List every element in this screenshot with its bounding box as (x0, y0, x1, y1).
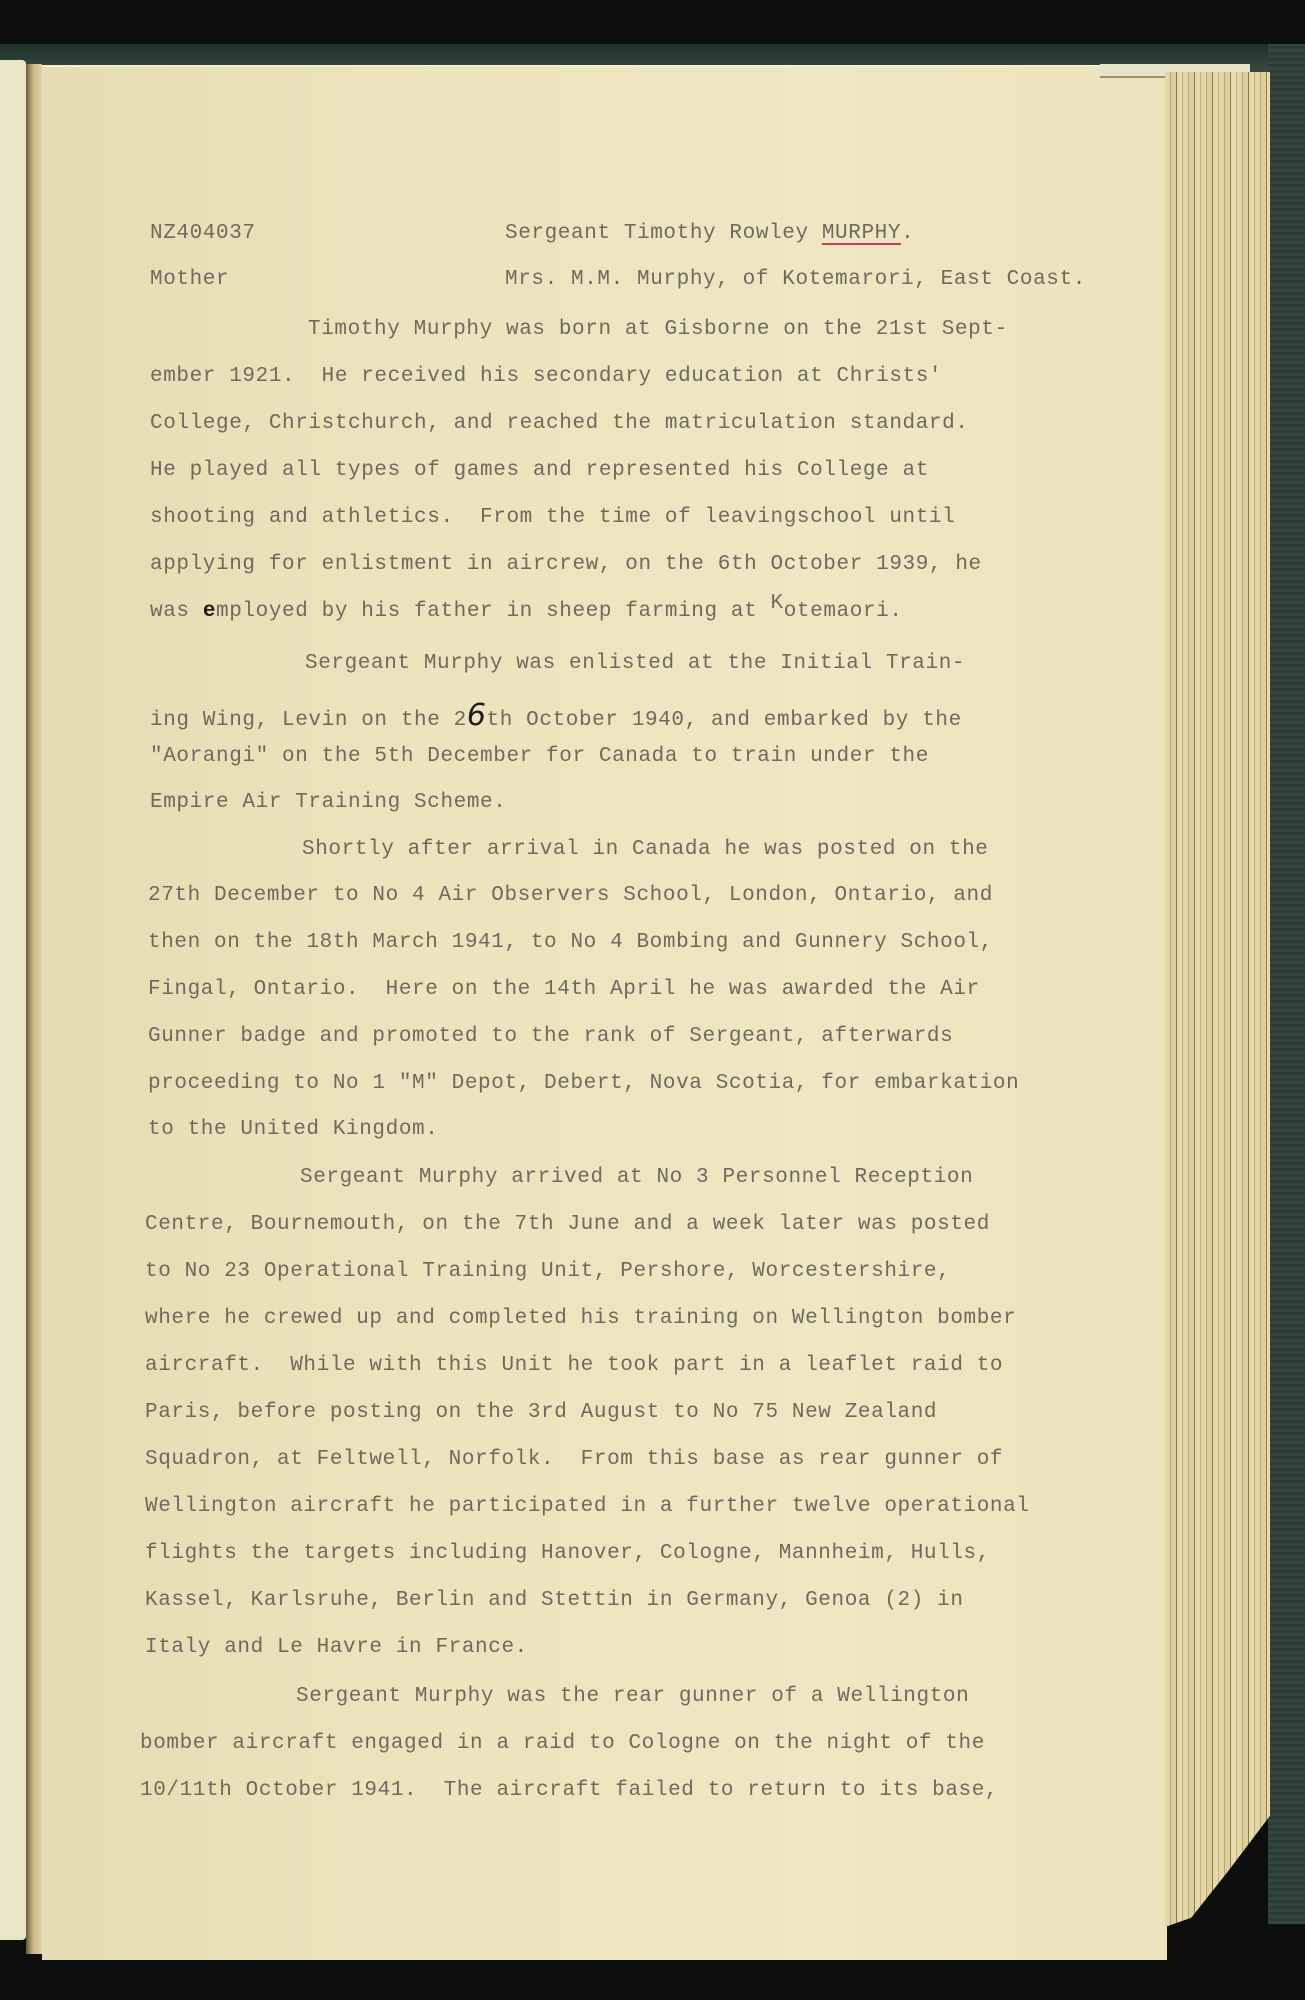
text-segment: ing Wing, Levin on the 2 (150, 709, 467, 732)
name-text: Sergeant Timothy Rowley (505, 222, 822, 245)
paragraph-3-line-6: proceeding to No 1 "M" Depot, Debert, No… (148, 1072, 1019, 1095)
paragraph-2-line-4: Empire Air Training Scheme. (150, 791, 506, 814)
text-segment: th October 1940, and embarked by the (487, 709, 962, 732)
paragraph-1-line-7: was employed by his father in sheep farm… (150, 600, 903, 623)
soldier-name: Sergeant Timothy Rowley MURPHY. (505, 222, 914, 245)
paragraph-2-line-3: "Aorangi" on the 5th December for Canada… (150, 745, 929, 768)
paragraph-1-line-5: shooting and athletics. From the time of… (150, 506, 955, 529)
inked-correction: e (203, 600, 216, 623)
paragraph-4-line-10: Kassel, Karlsruhe, Berlin and Stettin in… (145, 1589, 964, 1612)
paragraph-3-line-2: 27th December to No 4 Air Observers Scho… (148, 884, 993, 907)
paragraph-1-line-6: applying for enlistment in aircrew, on t… (150, 553, 982, 576)
paragraph-4-line-8: Wellington aircraft he participated in a… (145, 1495, 1030, 1518)
paragraph-2-line-2: ing Wing, Levin on the 26th October 1940… (150, 698, 962, 733)
paragraph-4-line-6: Paris, before posting on the 3rd August … (145, 1401, 937, 1424)
paragraph-5-line-3: 10/11th October 1941. The aircraft faile… (140, 1779, 998, 1802)
text-segment: otemaori. (784, 600, 903, 623)
paragraph-4-line-7: Squadron, at Feltwell, Norfolk. From thi… (145, 1448, 1003, 1471)
name-end: . (901, 222, 914, 245)
service-number: NZ404037 (150, 222, 256, 245)
text-segment: was (150, 600, 203, 623)
handwritten-correction: 6 (467, 698, 487, 733)
paragraph-3-line-4: Fingal, Ontario. Here on the 14th April … (148, 978, 980, 1001)
paragraph-3-line-3: then on the 18th March 1941, to No 4 Bom… (148, 931, 993, 954)
paragraph-4-line-9: flights the targets including Hanover, C… (145, 1542, 990, 1565)
paragraph-1-line-2: ember 1921. He received his secondary ed… (150, 365, 942, 388)
paragraph-5-line-2: bomber aircraft engaged in a raid to Col… (140, 1732, 985, 1755)
paragraph-3-line-1: Shortly after arrival in Canada he was p… (302, 838, 989, 861)
typed-document: NZ404037 Sergeant Timothy Rowley MURPHY.… (0, 0, 1305, 2000)
paragraph-1-line-1: Timothy Murphy was born at Gisborne on t… (308, 318, 1008, 341)
raised-letter: K (771, 592, 784, 615)
paragraph-4-line-3: to No 23 Operational Training Unit, Pers… (145, 1260, 950, 1283)
relation-label: Mother (150, 268, 229, 291)
next-of-kin: Mrs. M.M. Murphy, of Kotemarori, East Co… (505, 268, 1086, 291)
paragraph-2-line-1: Sergeant Murphy was enlisted at the Init… (305, 652, 965, 675)
paragraph-4-line-2: Centre, Bournemouth, on the 7th June and… (145, 1213, 990, 1236)
paragraph-4-line-11: Italy and Le Havre in France. (145, 1636, 528, 1659)
paragraph-4-line-1: Sergeant Murphy arrived at No 3 Personne… (300, 1166, 973, 1189)
paragraph-3-line-7: to the United Kingdom. (148, 1118, 438, 1141)
surname-underlined: MURPHY (822, 222, 901, 245)
paragraph-1-line-4: He played all types of games and represe… (150, 459, 929, 482)
paragraph-4-line-5: aircraft. While with this Unit he took p… (145, 1354, 1003, 1377)
paragraph-1-line-3: College, Christchurch, and reached the m… (150, 412, 969, 435)
paragraph-5-line-1: Sergeant Murphy was the rear gunner of a… (296, 1685, 969, 1708)
paragraph-4-line-4: where he crewed up and completed his tra… (145, 1307, 1016, 1330)
text-segment: mployed by his father in sheep farming a… (216, 600, 771, 623)
paragraph-3-line-5: Gunner badge and promoted to the rank of… (148, 1025, 953, 1048)
